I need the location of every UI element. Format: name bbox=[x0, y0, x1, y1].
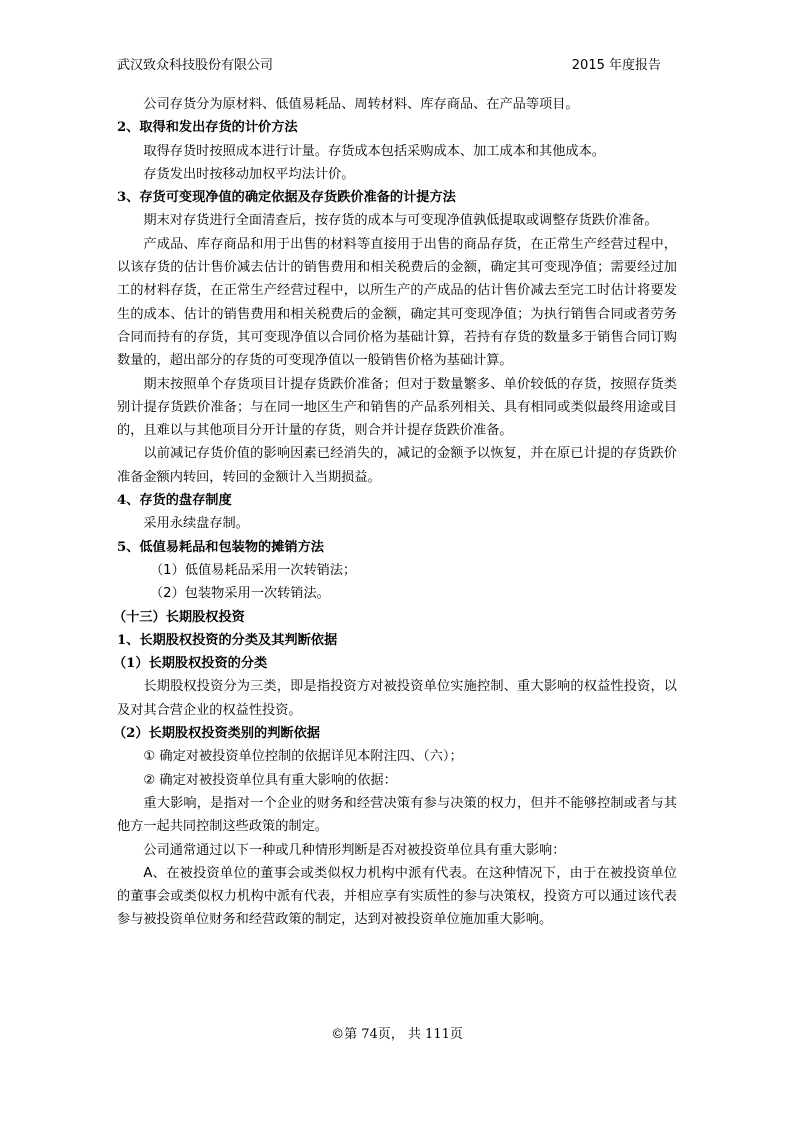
paragraph: 期末按照单个存货项目计提存货跌价准备；但对于数量繁多、单价较低的存货，按照存货类… bbox=[117, 373, 677, 443]
paragraph: 重大影响，是指对一个企业的财务和经营决策有参与决策的权力，但并不能够控制或者与其… bbox=[117, 792, 677, 839]
section-heading-2: 2、取得和发出存货的计价方法 bbox=[117, 116, 677, 139]
paragraph: 采用永续盘存制。 bbox=[117, 512, 677, 535]
company-name: 武汉致众科技股份有限公司 bbox=[117, 58, 273, 74]
paragraph: 长期股权投资分为三类，即是指投资方对被投资单位实施控制、重大影响的权益性投资，以… bbox=[117, 675, 677, 722]
subsection-heading: （2）长期股权投资类别的判断依据 bbox=[113, 722, 677, 745]
subsection-heading: （1）长期股权投资的分类 bbox=[113, 652, 677, 675]
paragraph: 公司通常通过以下一种或几种情形判断是否对被投资单位具有重大影响： bbox=[117, 839, 677, 862]
paragraph: 存货发出时按移动加权平均法计价。 bbox=[117, 163, 677, 186]
page-footer: ©第 74页， 共 111页 bbox=[0, 1023, 794, 1042]
section-heading-5: 5、低值易耗品和包装物的摊销方法 bbox=[117, 536, 677, 559]
list-item: ② 确定对被投资单位具有重大影响的依据： bbox=[117, 769, 677, 792]
paragraph: 期末对存货进行全面清查后，按存货的成本与可变现净值孰低提取或调整存货跌价准备。 bbox=[117, 209, 677, 232]
paragraph-intro: 公司存货分为原材料、低值易耗品、周转材料、库存商品、在产品等项目。 bbox=[117, 93, 677, 116]
section-heading-13: （十三）长期股权投资 bbox=[113, 606, 677, 629]
section-heading-3: 3、存货可变现净值的确定依据及存货跌价准备的计提方法 bbox=[117, 186, 677, 209]
report-title: 2015 年度报告 bbox=[572, 58, 661, 74]
section-heading-4: 4、存货的盘存制度 bbox=[117, 489, 677, 512]
paragraph: 以前减记存货价值的影响因素已经消失的，减记的金额予以恢复，并在原已计提的存货跌价… bbox=[117, 442, 677, 489]
document-body: 公司存货分为原材料、低值易耗品、周转材料、库存商品、在产品等项目。 2、取得和发… bbox=[117, 93, 677, 932]
list-item: （1）低值易耗品采用一次转销法； bbox=[117, 559, 677, 582]
paragraph: 产成品、库存商品和用于出售的材料等直接用于出售的商品存货，在正常生产经营过程中，… bbox=[117, 233, 677, 373]
list-item: ① 确定对被投资单位控制的依据详见本附注四、（六）； bbox=[117, 745, 677, 768]
paragraph: A、在被投资单位的董事会或类似权力机构中派有代表。在这种情况下，由于在被投资单位… bbox=[117, 862, 677, 932]
page-number: ©第 74页， 共 111页 bbox=[331, 1027, 463, 1042]
subsection-heading: 1、长期股权投资的分类及其判断依据 bbox=[117, 629, 677, 652]
page-header: 武汉致众科技股份有限公司 2015 年度报告 bbox=[117, 58, 661, 74]
list-item: （2）包装物采用一次转销法。 bbox=[117, 582, 677, 605]
paragraph: 取得存货时按照成本进行计量。存货成本包括采购成本、加工成本和其他成本。 bbox=[117, 140, 677, 163]
